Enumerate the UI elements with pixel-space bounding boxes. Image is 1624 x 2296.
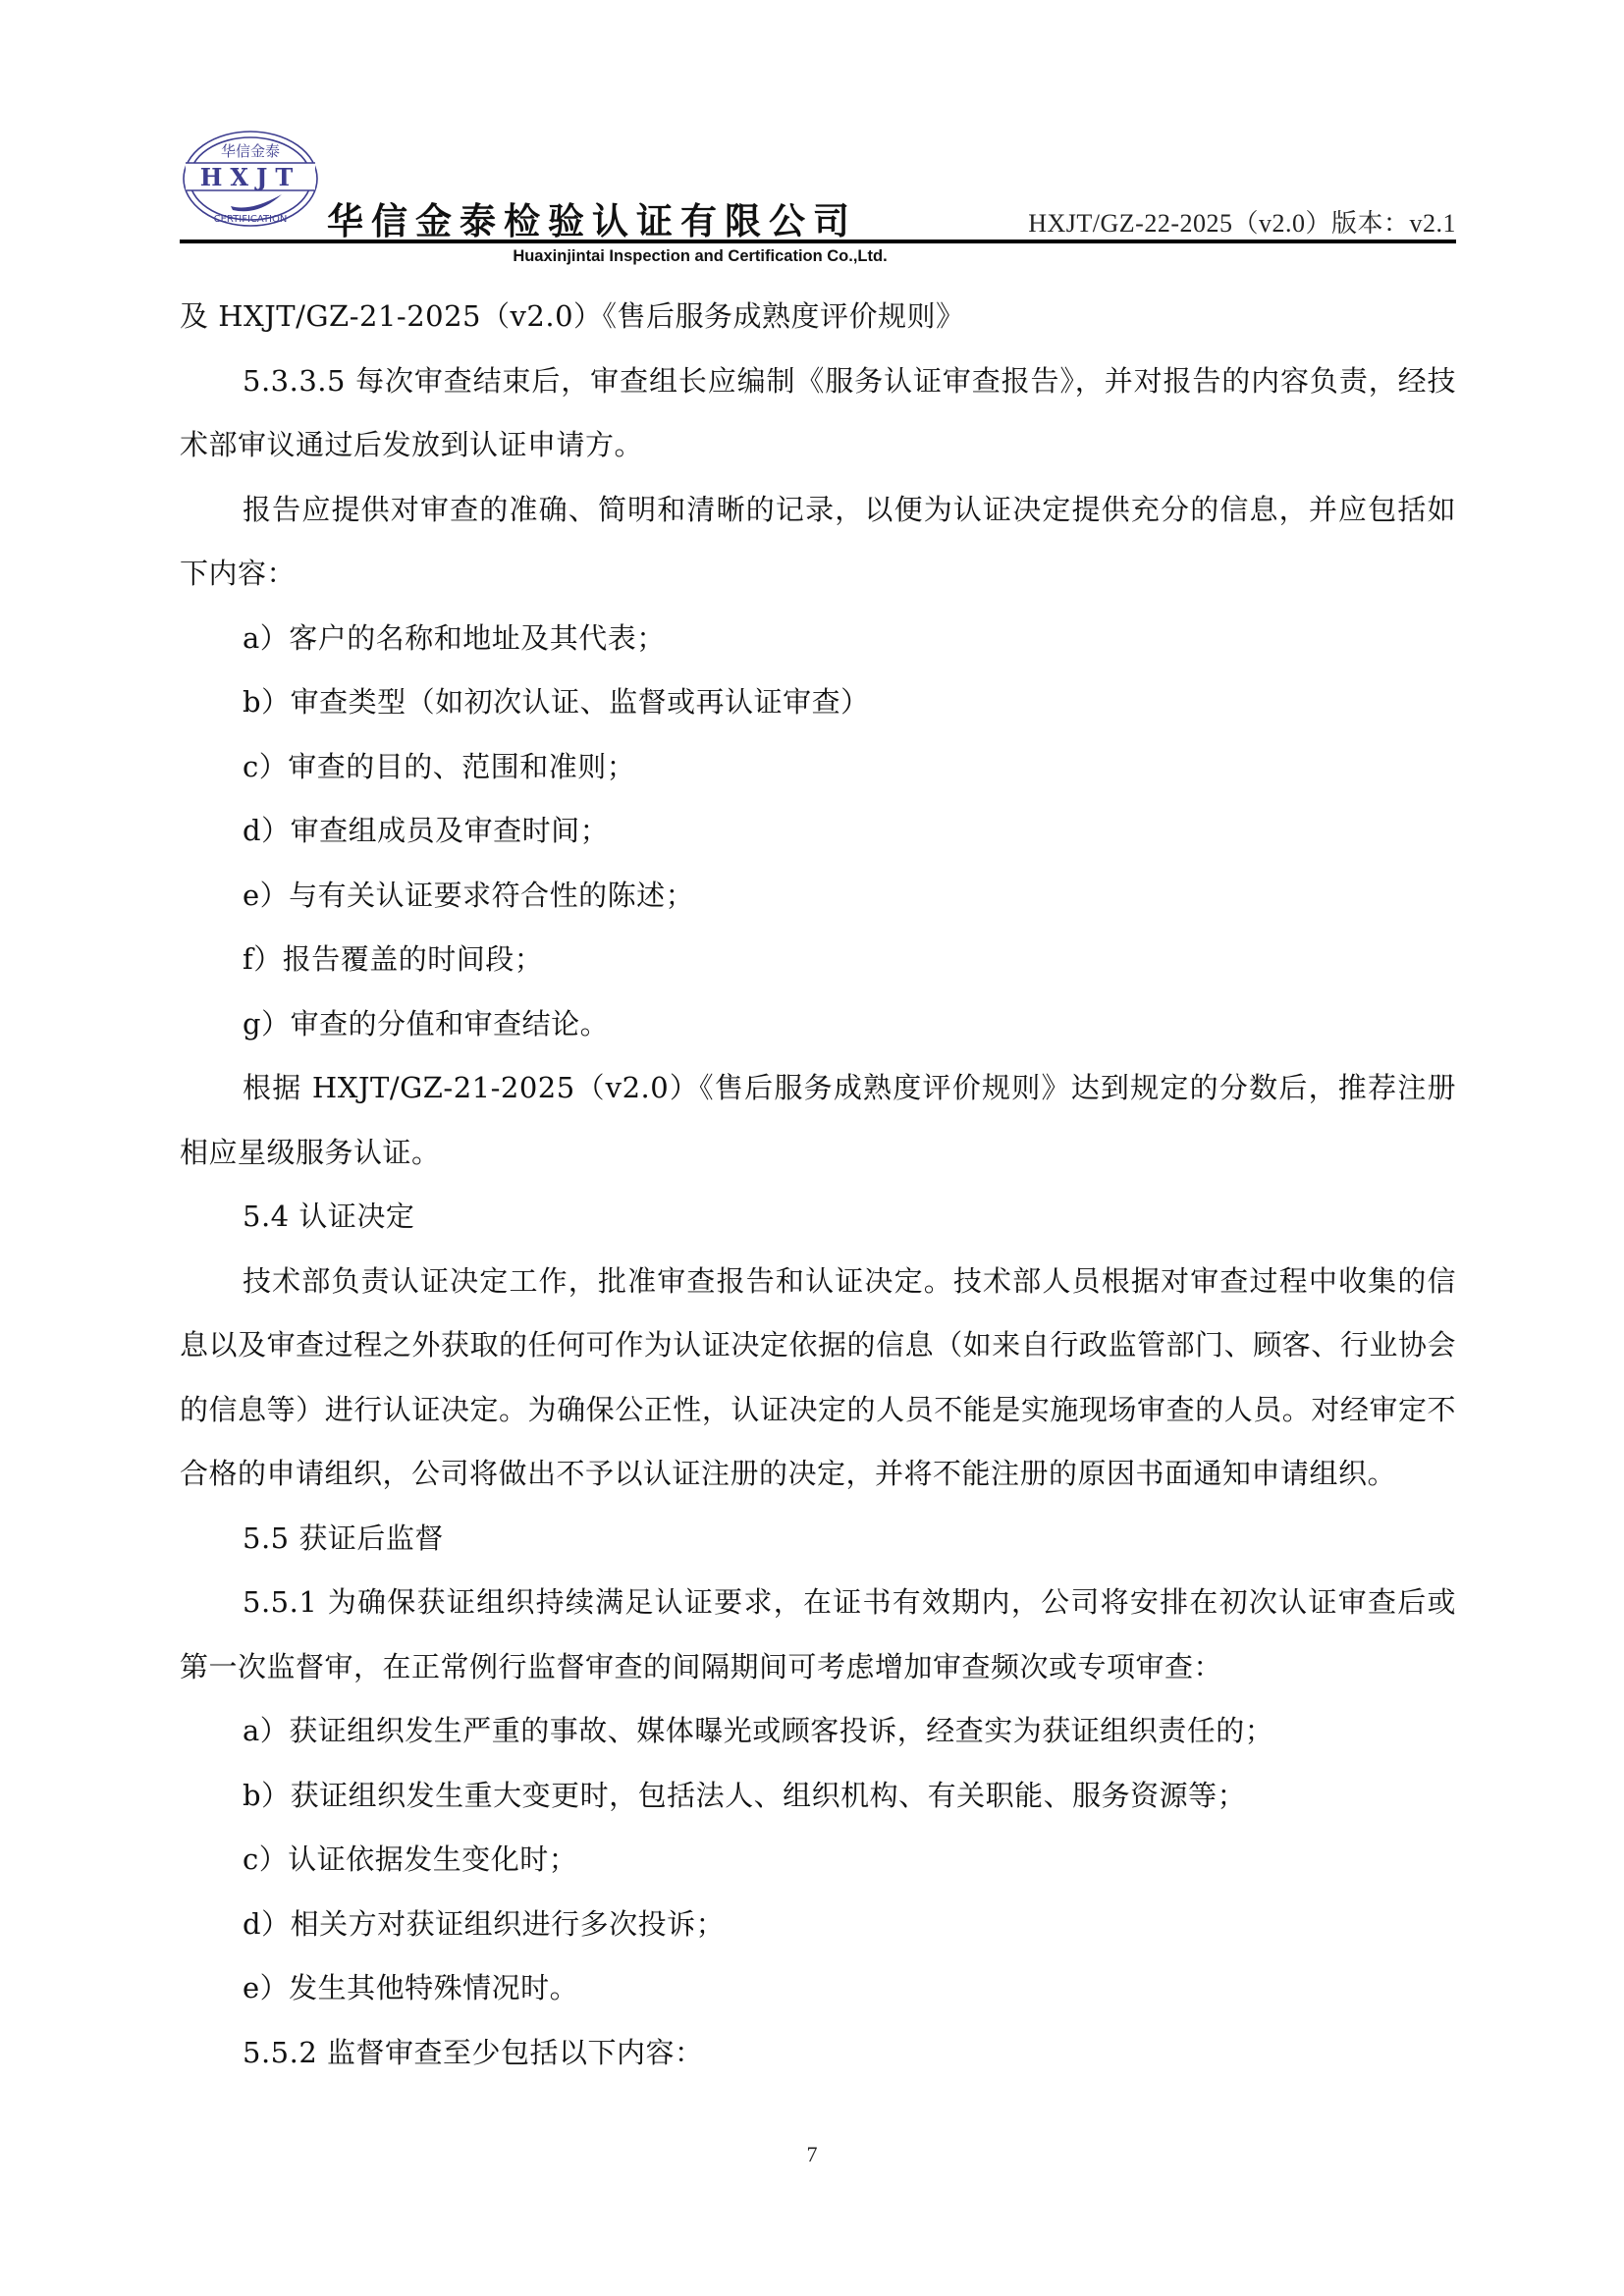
list-item: e）与有关认证要求符合性的陈述； <box>180 864 1456 929</box>
svg-text:HXJT: HXJT <box>200 163 301 191</box>
list-item: d）相关方对获证组织进行多次投诉； <box>180 1893 1456 1957</box>
document-body: 及 HXJT/GZ-21-2025（v2.0）《售后服务成熟度评价规则》 5.3… <box>180 285 1456 2085</box>
report-requirements-intro: 报告应提供对审查的准确、简明和清晰的记录，以便为认证决定提供充分的信息，并应包括… <box>180 478 1456 607</box>
list-item: d）审查组成员及审查时间； <box>180 799 1456 864</box>
list-item: e）发生其他特殊情况时。 <box>180 1956 1456 2021</box>
company-name-cn: 华信金泰检验认证有限公司 <box>327 191 857 244</box>
clause-5-5-1: 5.5.1 为确保获证组织持续满足认证要求，在证书有效期内，公司将安排在初次认证… <box>180 1571 1456 1699</box>
list-item: b）获证组织发生重大变更时，包括法人、组织机构、有关职能、服务资源等； <box>180 1764 1456 1829</box>
paragraph-continuation: 及 HXJT/GZ-21-2025（v2.0）《售后服务成熟度评价规则》 <box>180 285 1456 349</box>
clause-5-3-3-5: 5.3.3.5 每次审查结束后，审查组长应编制《服务认证审查报告》，并对报告的内… <box>180 349 1456 478</box>
clause-5-5-2: 5.5.2 监督审查至少包括以下内容： <box>180 2021 1456 2086</box>
list-item: c）认证依据发生变化时； <box>180 1828 1456 1893</box>
list-item: a）获证组织发生严重的事故、媒体曝光或顾客投诉，经查实为获证组织责任的； <box>180 1699 1456 1764</box>
company-logo-icon: 华信金泰 HXJT CERTIFICATION <box>180 128 322 231</box>
section-heading-5-5: 5.5 获证后监督 <box>180 1507 1456 1572</box>
company-name-en: Huaxinjintai Inspection and Certificatio… <box>180 247 1220 266</box>
section-heading-5-4: 5.4 认证决定 <box>180 1185 1456 1250</box>
svg-text:CERTIFICATION: CERTIFICATION <box>214 214 288 225</box>
list-item: f）报告覆盖的时间段； <box>180 928 1456 992</box>
list-item: c）审查的目的、范围和准则； <box>180 735 1456 800</box>
svg-text:华信金泰: 华信金泰 <box>221 142 280 160</box>
document-code: HXJT/GZ-22-2025（v2.0）版本：v2.1 <box>1028 203 1456 240</box>
registration-paragraph: 根据 HXJT/GZ-21-2025（v2.0）《售后服务成熟度评价规则》达到规… <box>180 1056 1456 1185</box>
list-item: g）审查的分值和审查结论。 <box>180 992 1456 1057</box>
page-number: 7 <box>0 2142 1624 2167</box>
page-header: 华信金泰 HXJT CERTIFICATION 华信金泰检验认证有限公司 HXJ… <box>180 120 1456 267</box>
header-divider <box>180 240 1456 243</box>
list-item: a）客户的名称和地址及其代表； <box>180 607 1456 671</box>
document-page: 华信金泰 HXJT CERTIFICATION 华信金泰检验认证有限公司 HXJ… <box>0 0 1624 2296</box>
list-item: b）审查类型（如初次认证、监督或再认证审查） <box>180 670 1456 735</box>
certification-decision-paragraph: 技术部负责认证决定工作，批准审查报告和认证决定。技术部人员根据对审查过程中收集的… <box>180 1250 1456 1507</box>
